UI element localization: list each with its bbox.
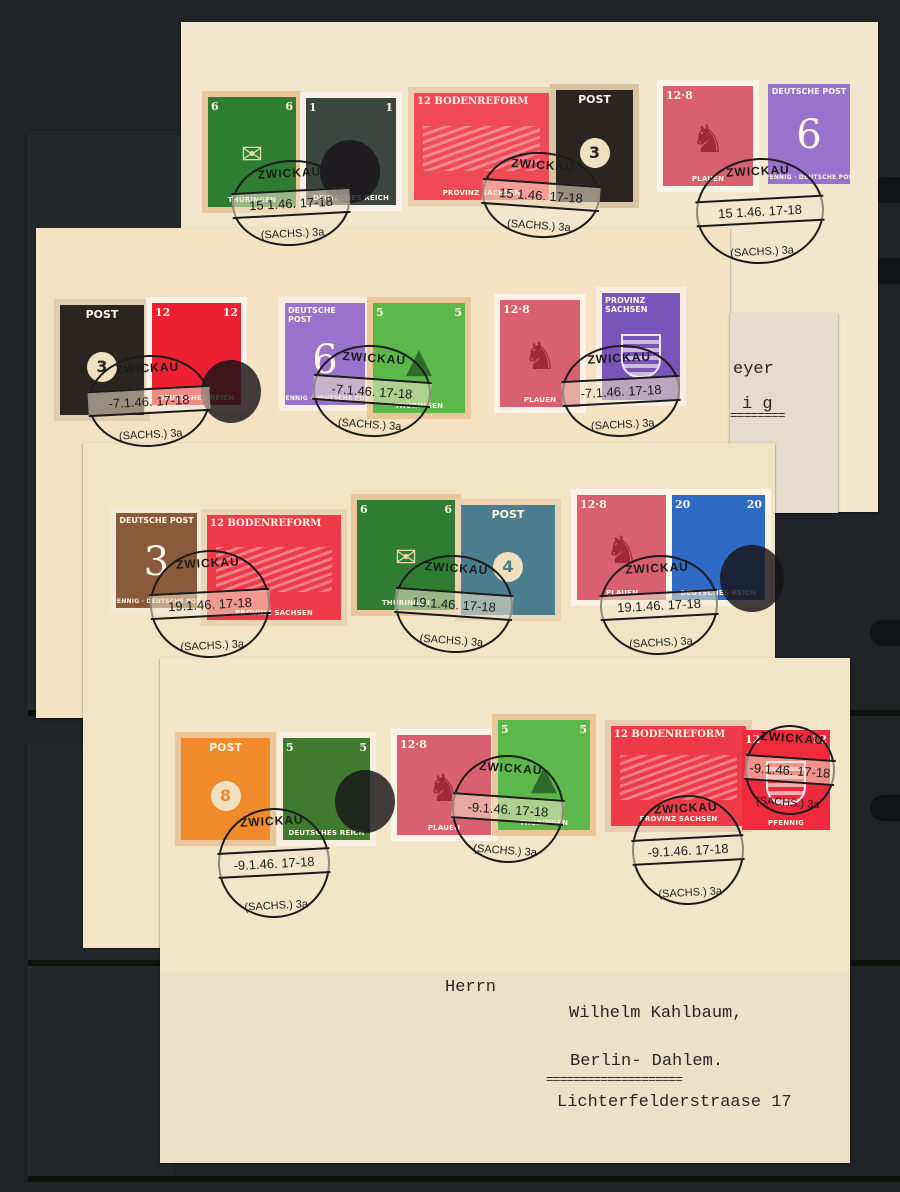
address-street: Lichterfelderstraase 17 [557,1093,792,1112]
stamp-inscription: PFENNIG [768,819,804,827]
postmark-date: -9.1.46. 17-18 [451,792,565,826]
stamp-value: DEUTSCHE POST [119,516,194,525]
stamp-value: 11 [309,101,393,114]
address-name: Wilhelm Kahlbaum, [569,1004,742,1023]
address-city: Berlin- Dahlem. [570,1052,723,1071]
stamp-value: 55 [501,723,587,736]
ink-obliteration [335,770,395,833]
stamp-inscription: PLAUEN [524,396,556,404]
postmark-cancel: ZWICKAU19.1.46. 17-18(SACHS.) 3a [392,551,517,657]
postmark-date: -9.1.46. 17-18 [631,834,744,866]
address-underline: ==================== [546,1072,682,1087]
stamp-value: POST [464,508,552,521]
postmark-date: -7.1.46. 17-18 [561,375,680,407]
postmark-date: -7.1.46. 17-18 [87,385,210,417]
stamp-design: ✉ [241,140,263,170]
postmark-date: 15 1.46. 17-18 [481,178,601,212]
postmark-cancel: ZWICKAU15 1.46. 17-18(SACHS.) 3a [693,155,826,268]
stamp-value: 12·8 [666,89,750,102]
stamp-value: 12 BODENREFORM [417,96,546,107]
stamp-design [620,755,736,800]
postmark-date: -9.1.46. 17-18 [217,847,330,879]
postmark-cancel: ZWICKAU15 1.46. 17-18(SACHS.) 3a [479,148,603,242]
stamp-value: 66 [211,100,293,113]
stamp-value: 55 [286,741,367,754]
stamp-value: 12 BODENREFORM [210,518,338,529]
postmark-cancel: ZWICKAU-7.1.46. 17-18(SACHS.) 3a [86,352,213,450]
binder-hole [870,795,900,821]
stamp-value: 2020 [675,498,762,511]
stamp-value: 12·8 [400,738,488,751]
stamp-value: 12·8 [580,498,664,511]
postmark-cancel: ZWICKAU19.1.46. 17-18(SACHS.) 3a [597,552,720,658]
stamp-value: DEUTSCHE POST [771,87,847,96]
postmark-cancel: ZWICKAU-7.1.46. 17-18(SACHS.) 3a [310,341,434,441]
stamp-album-page: 66✉THÜRINGEN11DEUTSCHES REICH12 BODENREF… [0,0,900,1192]
postmark-cancel: ZWICKAU-9.1.46. 17-18(SACHS.) 3a [215,805,333,921]
stamp-design: ♞ [523,334,557,378]
album-strip [28,1176,900,1182]
postmark-date: 19.1.46. 17-18 [599,589,718,621]
address-underline-partial: ======== [730,408,784,423]
ink-obliteration [201,360,261,423]
address-line-partial-1: eyer [733,360,774,379]
ink-obliteration [720,545,784,612]
stamp-value: POST [559,93,630,106]
address-salutation: Herrn [445,978,496,997]
postmark-date: 19.1.46. 17-18 [394,587,514,621]
binder-hole [870,620,900,646]
postmark-date: -9.1.46. 17-18 [744,754,836,786]
stamp-value: POST [184,741,267,754]
postmark-date: 15 1.46. 17-18 [231,187,350,219]
postmark-cancel: ZWICKAU-9.1.46. 17-18(SACHS.) 3a [629,792,747,908]
stamp-design: 6 [796,112,821,158]
postmark-cancel: ZWICKAU-9.1.46. 17-18(SACHS.) 3a [742,722,838,818]
stamp-value: 66 [360,503,452,516]
stamp-value: PROVINZ SACHSEN [605,296,677,314]
postmark-date: 19.1.46. 17-18 [149,588,270,620]
postmark-date: 15 1.46. 17-18 [695,195,824,228]
postmark-cancel: ZWICKAU-7.1.46. 17-18(SACHS.) 3a [560,342,683,440]
postmark-date: -7.1.46. 17-18 [312,374,432,408]
stamp-value: 55 [376,306,462,319]
stamp-design: ♞ [691,117,725,161]
postmark-cancel: ZWICKAU-9.1.46. 17-18(SACHS.) 3a [448,751,567,867]
stamp-value: 1212 [155,306,238,319]
stamp-design: 8 [211,781,241,811]
stamp-value: 12·8 [503,303,577,316]
stamp-value: POST [63,308,141,321]
postmark-cancel: ZWICKAU19.1.46. 17-18(SACHS.) 3a [147,547,272,661]
postmark-cancel: ZWICKAU15 1.46. 17-18(SACHS.) 3a [230,157,352,249]
stamp-value: DEUTSCHE POST [288,306,362,324]
stamp-value: 12 BODENREFORM [614,729,743,740]
